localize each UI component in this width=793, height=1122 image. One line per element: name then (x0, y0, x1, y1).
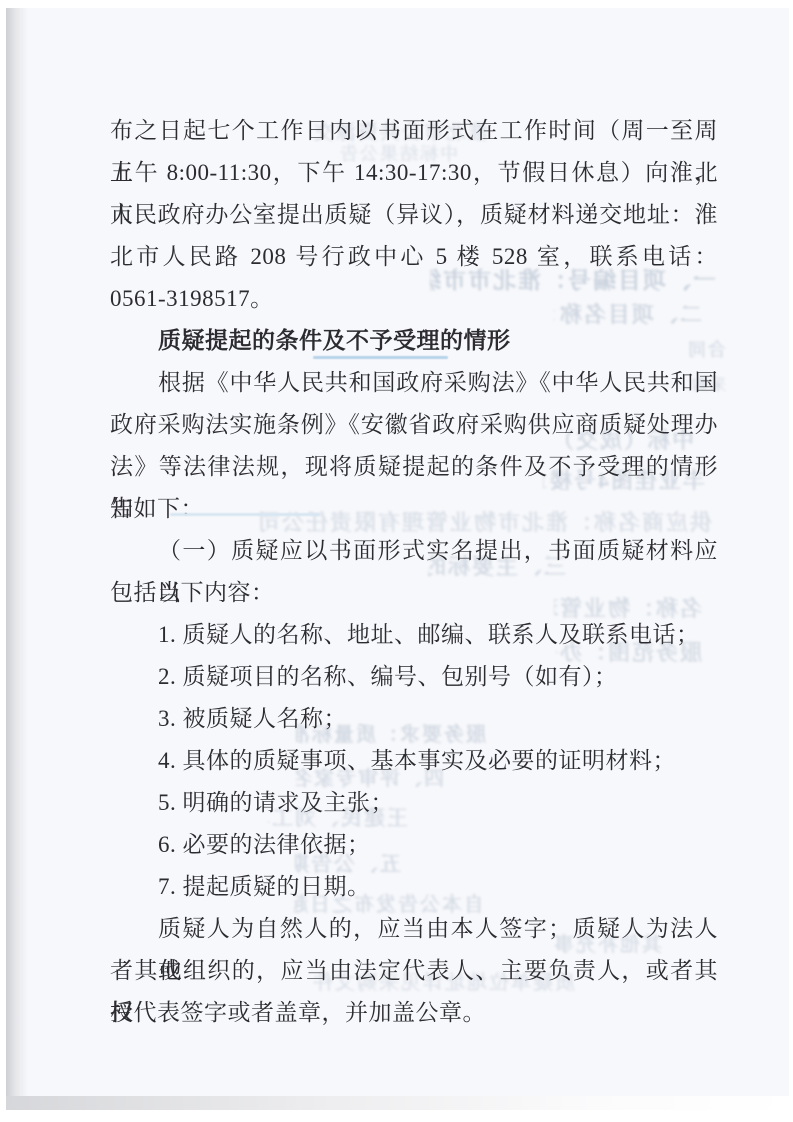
text-line: （一）质疑应以书面形式实名提出，书面质疑材料应当 (110, 530, 718, 572)
scan-artifact-streak (313, 356, 448, 359)
text-line: 6. 必要的法律依据； (110, 824, 718, 866)
text-column: 布之日起七个工作日内以书面形式在工作时间（周一至周五，上午 8:00-11:30… (110, 110, 718, 1034)
text-line: 质疑人为自然人的，应当由本人签字；质疑人为法人或 (110, 908, 718, 950)
text-line: 人民政府办公室提出质疑（异议），质疑材料递交地址：淮 (110, 194, 718, 236)
text-line: 政府采购法实施条例》《安徽省政府采购供应商质疑处理办 (110, 404, 718, 446)
scanned-paper: 淮北市公共资源交易中心中标结果公告一、项目编号：淮北市市级单位二、项目名称：物业… (6, 8, 789, 1110)
document-scan-canvas: 淮北市公共资源交易中心中标结果公告一、项目编号：淮北市市级单位二、项目名称：物业… (0, 0, 793, 1122)
scan-artifact-streak (170, 513, 320, 516)
text-line: 根据《中华人民共和国政府采购法》《中华人民共和国 (110, 362, 718, 404)
text-line: 上午 8:00-11:30，下午 14:30-17:30，节假日休息）向淮北市 (110, 152, 718, 194)
text-line: 包括以下内容： (110, 572, 718, 614)
text-line: 布之日起七个工作日内以书面形式在工作时间（周一至周五， (110, 110, 718, 152)
text-line: 知如下： (110, 488, 718, 530)
text-line: 1. 质疑人的名称、地址、邮编、联系人及联系电话； (110, 614, 718, 656)
scan-edge-shadow-bottom (6, 1096, 789, 1110)
text-line: 者其他组织的，应当由法定代表人、主要负责人，或者其授 (110, 950, 718, 992)
text-line: 权代表签字或者盖章，并加盖公章。 (110, 992, 718, 1034)
text-line: 2. 质疑项目的名称、编号、包别号（如有）； (110, 656, 718, 698)
scan-edge-shadow-left (6, 8, 28, 1110)
text-line: 7. 提起质疑的日期。 (110, 866, 718, 908)
text-line: 4. 具体的质疑事项、基本事实及必要的证明材料； (110, 740, 718, 782)
text-line: 3. 被质疑人名称； (110, 698, 718, 740)
text-line: 北市人民路 208 号行政中心 5 楼 528 室，联系电话： (110, 236, 718, 278)
text-line: 法》等法律法规，现将质疑提起的条件及不予受理的情形告 (110, 446, 718, 488)
text-line: 5. 明确的请求及主张； (110, 782, 718, 824)
text-line: 0561-3198517。 (110, 278, 718, 320)
